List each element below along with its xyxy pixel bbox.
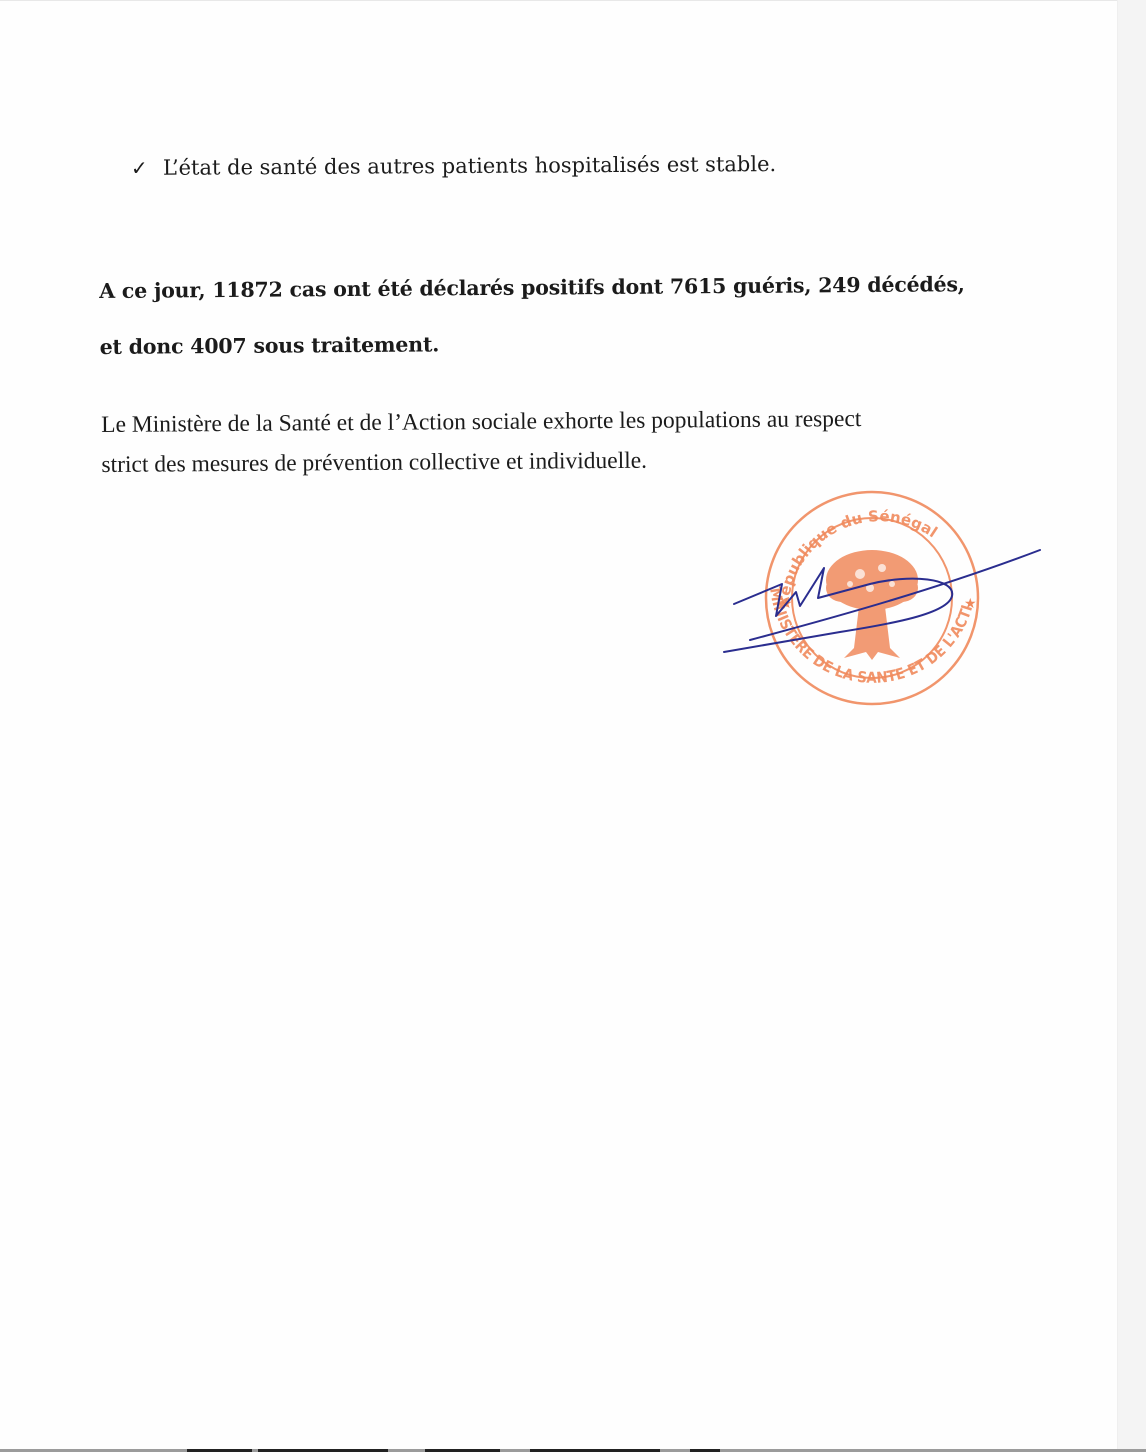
scan-margin-band — [1117, 0, 1146, 1452]
page-top-edge — [0, 0, 1118, 1]
exhortation-line-1: Le Ministère de la Santé et de l’Action … — [101, 398, 1001, 445]
ministry-stamp-icon: République du Sénégal MINISTERE DE LA SA… — [720, 488, 1050, 708]
bullet-text: L’état de santé des autres patients hosp… — [163, 152, 776, 180]
summary-line-2: et donc 4007 sous traitement. — [99, 312, 999, 375]
ministry-exhortation: Le Ministère de la Santé et de l’Action … — [101, 398, 1002, 485]
svg-text:★: ★ — [964, 596, 977, 612]
check-mark-icon: ✓ — [131, 156, 163, 180]
exhortation-line-2: strict des mesures de prévention collect… — [101, 438, 1001, 485]
bullet-item-patients-stable: ✓L’état de santé des autres patients hos… — [131, 152, 776, 180]
case-summary: A ce jour, 11872 cas ont été déclarés po… — [99, 256, 1000, 375]
official-stamp-and-signature: République du Sénégal MINISTERE DE LA SA… — [720, 488, 1050, 708]
summary-line-1: A ce jour, 11872 cas ont été déclarés po… — [99, 256, 999, 319]
